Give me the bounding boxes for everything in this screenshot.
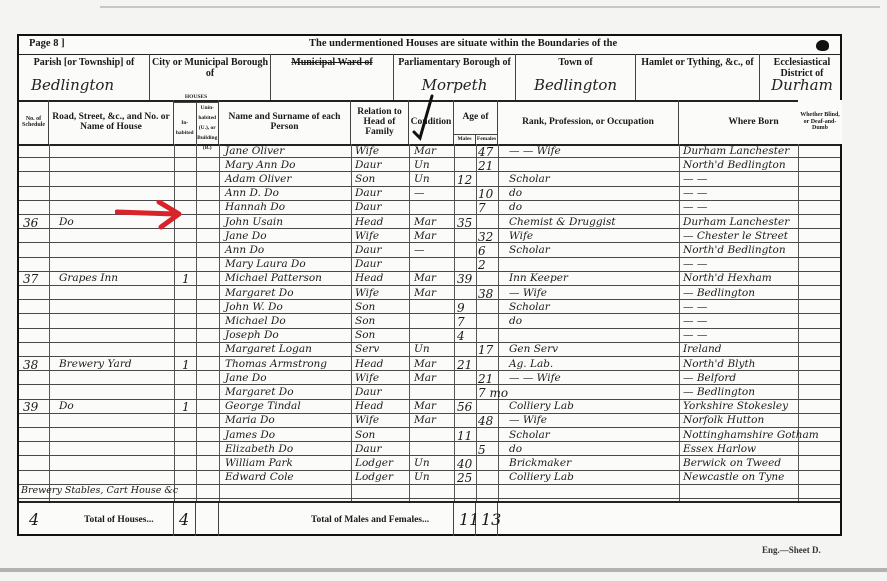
- entry-female-age: 10: [478, 187, 493, 201]
- entry-condition: Mar: [414, 372, 436, 384]
- header-blind: Whether Blind, or Deaf-and-Dumb: [798, 100, 842, 144]
- entry-relation: Lodger: [355, 471, 393, 483]
- totals-houses-cell: 4 Total of Houses...: [19, 503, 174, 536]
- entry-relation: Head: [355, 272, 383, 284]
- header-occupation: Rank, Profession, or Occupation: [498, 100, 679, 144]
- entry-occupation: — Wife: [509, 414, 547, 426]
- row-rule: [19, 257, 840, 258]
- entry-name: John Usain: [225, 216, 283, 228]
- entry-occupation: Scholar: [509, 173, 550, 185]
- entry-female-age: 7: [478, 201, 486, 215]
- entry-inhabited: 1: [182, 358, 190, 372]
- entry-inhabited: 1: [182, 400, 190, 414]
- entry-name: Jane Do: [225, 372, 267, 384]
- entry-born: Newcastle on Tyne: [683, 471, 784, 483]
- entry-born: Essex Harlow: [683, 443, 756, 455]
- page-header: Page 8 ] The undermentioned Houses are s…: [19, 36, 840, 55]
- total-females: 13: [481, 510, 501, 529]
- entry-name: Ann D. Do: [225, 187, 279, 199]
- entry-male-age: 40: [457, 457, 472, 471]
- entry-name: Elizabeth Do: [225, 443, 293, 455]
- entry-male-age: 56: [457, 400, 472, 414]
- entry-male-age: 12: [457, 173, 472, 187]
- total-houses-label: Total of Houses...: [84, 515, 154, 525]
- boundary-parish: Parish [or Township] of Bedlington: [19, 54, 150, 100]
- header-schedule: No. of Schedule: [19, 100, 49, 144]
- entry-female-age: 21: [478, 159, 493, 173]
- total-uninhabited-cell: [196, 503, 219, 536]
- entry-name: Ann Do: [225, 244, 264, 256]
- header-name: Name and Surname of each Person: [219, 100, 351, 144]
- entry-relation: Daur: [355, 386, 381, 398]
- entry-occupation: do: [509, 187, 522, 199]
- entry-male-age: 7: [457, 315, 465, 329]
- entry-name: Michael Do: [225, 315, 286, 327]
- row-rule: [19, 313, 840, 314]
- entry-female-age: 47: [478, 145, 493, 159]
- red-arrow-icon: [115, 200, 185, 230]
- entry-name: Edward Cole: [225, 471, 294, 483]
- entry-condition: Mar: [414, 230, 436, 242]
- entry-condition: Mar: [414, 216, 436, 228]
- ink-blot-icon: [816, 40, 829, 51]
- header-males: Males: [454, 135, 476, 144]
- entry-relation: Son: [355, 301, 375, 313]
- entry-relation: Daur: [355, 187, 381, 199]
- entry-born: Norfolk Hutton: [683, 414, 764, 426]
- total-inhabited: 4: [179, 510, 189, 529]
- boundary-ecclesiastical: Ecclesiastical District of Durham: [760, 54, 844, 100]
- entry-born: Nottinghamshire Gotham: [683, 429, 819, 441]
- header-females: Females: [476, 135, 497, 144]
- entry-born: — —: [683, 201, 707, 213]
- entry-condition: Mar: [414, 414, 436, 426]
- entry-born: — Bedlington: [683, 386, 755, 398]
- entry-occupation: Ag. Lab.: [509, 358, 553, 370]
- entry-name: Maria Do: [225, 414, 275, 426]
- entry-born: North'd Bedlington: [683, 159, 786, 171]
- entry-born: Yorkshire Stokesley: [683, 400, 788, 412]
- row-rule: [19, 186, 840, 187]
- entry-relation: Head: [355, 216, 383, 228]
- entry-name: Margaret Do: [225, 386, 294, 398]
- entry-male-age: 4: [457, 329, 465, 343]
- row-rule: [19, 328, 840, 329]
- entry-road: Grapes Inn: [59, 272, 118, 284]
- entry-born: — —: [683, 258, 707, 270]
- entry-male-age: 21: [457, 358, 472, 372]
- header-age: Age of Males Females: [454, 100, 498, 144]
- entry-female-age: 32: [478, 230, 493, 244]
- boundary-hamlet: Hamlet or Tything, &c., of: [636, 54, 760, 100]
- page-number: Page 8 ]: [29, 38, 65, 49]
- entry-occupation: do: [509, 201, 522, 213]
- entry-occupation: Brickmaker: [509, 457, 571, 469]
- scan-edge-top: [100, 6, 880, 8]
- page-heading: The undermentioned Houses are situate wi…: [309, 38, 617, 49]
- entry-born: Ireland: [683, 343, 721, 355]
- entry-born: — —: [683, 315, 707, 327]
- entry-occupation: do: [509, 443, 522, 455]
- entry-condition: Mar: [414, 145, 436, 157]
- entry-born: — Belford: [683, 372, 736, 384]
- entry-female-age: 48: [478, 414, 493, 428]
- entry-name: Margaret Do: [225, 287, 294, 299]
- entry-born: — —: [683, 329, 707, 341]
- entry-schedule: 39: [23, 400, 38, 414]
- entry-inhabited: 1: [182, 272, 190, 286]
- entry-female-age: 2: [478, 258, 486, 272]
- entry-occupation: Scholar: [509, 301, 550, 313]
- entry-name: Jane Do: [225, 230, 267, 242]
- entry-occupation: Inn Keeper: [509, 272, 568, 284]
- entry-name: Mary Laura Do: [225, 258, 306, 270]
- entry-born: — Bedlington: [683, 287, 755, 299]
- entry-born: North'd Bedlington: [683, 244, 786, 256]
- entry-condition: Mar: [414, 400, 436, 412]
- entry-male-age: 25: [457, 471, 472, 485]
- entry-condition: Mar: [414, 272, 436, 284]
- header-relation: Relation to Head of Family: [351, 100, 409, 144]
- entry-road: Brewery Yard: [59, 358, 132, 370]
- total-persons-label: Total of Males and Females...: [311, 515, 429, 525]
- entry-born: Berwick on Tweed: [683, 457, 781, 469]
- entry-occupation: Colliery Lab: [509, 471, 574, 483]
- entry-relation: Lodger: [355, 457, 393, 469]
- entry-condition: Mar: [414, 287, 436, 299]
- entry-schedule: 36: [23, 216, 38, 230]
- entry-relation: Daur: [355, 258, 381, 270]
- entry-name: Joseph Do: [225, 329, 279, 341]
- entry-female-age: 5: [478, 443, 486, 457]
- entry-born: Durham Lanchester: [683, 216, 789, 228]
- entry-name: Mary Ann Do: [225, 159, 296, 171]
- sheet-footer: Eng.—Sheet D.: [762, 545, 821, 555]
- entry-condition: Un: [414, 457, 430, 469]
- entry-occupation: Scholar: [509, 244, 550, 256]
- entry-occupation: — Wife: [509, 287, 547, 299]
- entry-relation: Head: [355, 400, 383, 412]
- entry-relation: Wife: [355, 145, 379, 157]
- total-females-cell: 13: [476, 503, 498, 536]
- entry-condition: —: [414, 187, 425, 199]
- entry-occupation: Gen Serv: [509, 343, 558, 355]
- entry-road: Do: [59, 216, 74, 228]
- entry-name: James Do: [225, 429, 275, 441]
- entry-name: William Park: [225, 457, 293, 469]
- entry-name: Hannah Do: [225, 201, 285, 213]
- entry-condition: —: [414, 244, 425, 256]
- entry-relation: Wife: [355, 414, 379, 426]
- row-rule: [19, 299, 840, 300]
- entry-relation: Son: [355, 173, 375, 185]
- entry-road: Brewery Stables, Cart House &c: [21, 485, 178, 496]
- entry-relation: Son: [355, 315, 375, 327]
- entry-occupation: — — Wife: [509, 145, 561, 157]
- entry-relation: Daur: [355, 201, 381, 213]
- entry-born: North'd Hexham: [683, 272, 772, 284]
- entry-relation: Serv: [355, 343, 379, 355]
- entry-name: Thomas Armstrong: [225, 358, 327, 370]
- entry-born: — —: [683, 187, 707, 199]
- entry-condition: Mar: [414, 358, 436, 370]
- entry-female-age: 17: [478, 343, 493, 357]
- entry-relation: Wife: [355, 287, 379, 299]
- entry-relation: Head: [355, 358, 383, 370]
- entry-born: North'd Blyth: [683, 358, 755, 370]
- row-rule: [19, 498, 840, 499]
- entry-occupation: Chemist & Druggist: [509, 216, 616, 228]
- entry-male-age: 39: [457, 272, 472, 286]
- census-entries: Jane OliverWifeMar47— — WifeDurham Lanch…: [19, 144, 840, 501]
- entry-relation: Daur: [355, 159, 381, 171]
- header-houses: HOUSES In-habited Unin-habited (U.), or …: [174, 100, 219, 144]
- entry-name: Jane Oliver: [225, 145, 284, 157]
- boundary-ward: Municipal Ward of: [271, 54, 394, 100]
- total-males-cell: 11: [454, 503, 476, 536]
- entry-name: George Tindal: [225, 400, 301, 412]
- entry-female-age: 6: [478, 244, 486, 258]
- boundary-town: Town of Bedlington: [516, 54, 636, 100]
- entry-condition: Un: [414, 173, 430, 185]
- entry-name: Michael Patterson: [225, 272, 322, 284]
- entry-name: Margaret Logan: [225, 343, 312, 355]
- entry-relation: Wife: [355, 372, 379, 384]
- entry-male-age: 11: [457, 429, 472, 443]
- total-schedules: 4: [29, 510, 39, 529]
- entry-road: Do: [59, 400, 74, 412]
- entry-condition: Un: [414, 471, 430, 483]
- entry-name: Adam Oliver: [225, 173, 291, 185]
- entry-occupation: do: [509, 315, 522, 327]
- census-page: Page 8 ] The undermentioned Houses are s…: [17, 34, 842, 536]
- entry-schedule: 38: [23, 358, 38, 372]
- entry-relation: Daur: [355, 443, 381, 455]
- entry-name: John W. Do: [225, 301, 283, 313]
- entry-female-age: 7 mo: [478, 386, 508, 400]
- scan-edge-bottom: [0, 568, 887, 572]
- entry-relation: Son: [355, 429, 375, 441]
- entry-occupation: Colliery Lab: [509, 400, 574, 412]
- entry-occupation: Wife: [509, 230, 533, 242]
- entry-born: — —: [683, 301, 707, 313]
- header-road: Road, Street, &c., and No. or Name of Ho…: [49, 100, 174, 144]
- entry-schedule: 37: [23, 272, 38, 286]
- entry-born: — Chester le Street: [683, 230, 788, 242]
- checkmark-icon: [412, 94, 436, 146]
- totals-row: 4 Total of Houses... 4 Total of Males an…: [19, 501, 840, 538]
- entry-relation: Daur: [355, 244, 381, 256]
- entry-female-age: 21: [478, 372, 493, 386]
- entry-born: — —: [683, 173, 707, 185]
- entry-born: Durham Lanchester: [683, 145, 789, 157]
- entry-occupation: Scholar: [509, 429, 550, 441]
- entry-occupation: — — Wife: [509, 372, 561, 384]
- entry-condition: Un: [414, 343, 430, 355]
- entry-male-age: 9: [457, 301, 465, 315]
- entry-relation: Wife: [355, 230, 379, 242]
- total-persons-cell: Total of Males and Females...: [219, 503, 454, 536]
- total-inhabited-cell: 4: [174, 503, 196, 536]
- entry-female-age: 38: [478, 287, 493, 301]
- entry-male-age: 35: [457, 216, 472, 230]
- entry-relation: Son: [355, 329, 375, 341]
- entry-condition: Un: [414, 159, 430, 171]
